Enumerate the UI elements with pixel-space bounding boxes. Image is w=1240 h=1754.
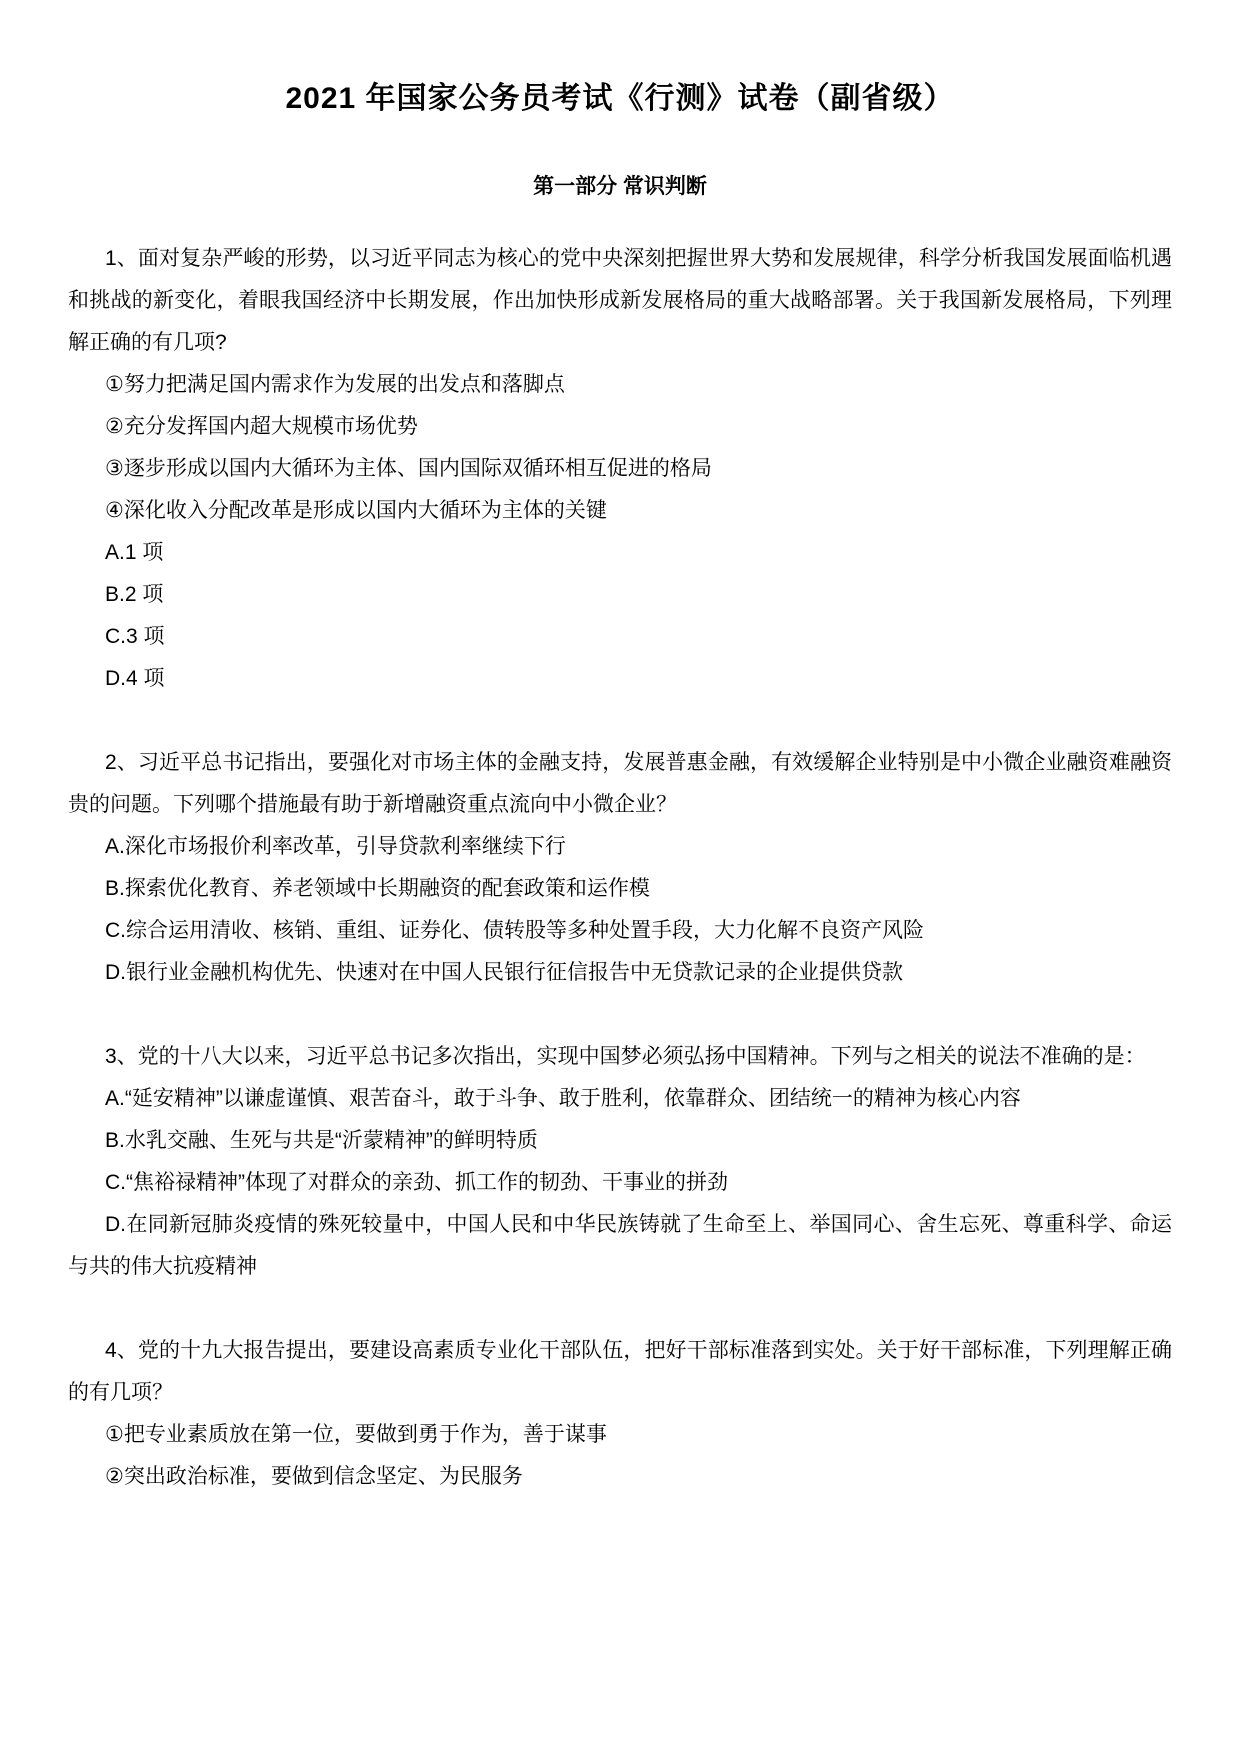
question-1: 1、面对复杂严峻的形势，以习近平同志为核心的党中央深刻把握世界大势和发展规律，科…	[68, 238, 1172, 700]
question-3-option-b: B.水乳交融、生死与共是“沂蒙精神”的鲜明特质	[68, 1120, 1172, 1162]
question-3: 3、党的十八大以来，习近平总书记多次指出，实现中国梦必须弘扬中国精神。下列与之相…	[68, 1036, 1172, 1288]
question-1-option-a: A.1 项	[68, 532, 1172, 574]
question-2-option-c: C.综合运用清收、核销、重组、证券化、债转股等多种处置手段，大力化解不良资产风险	[68, 910, 1172, 952]
exam-paper-page: 2021 年国家公务员考试《行测》试卷（副省级） 第一部分 常识判断 1、面对复…	[0, 0, 1240, 1754]
question-3-option-d: D.在同新冠肺炎疫情的殊死较量中，中国人民和中华民族铸就了生命至上、举国同心、舍…	[68, 1204, 1172, 1288]
question-2-option-b: B.探索优化教育、养老领域中长期融资的配套政策和运作模	[68, 868, 1172, 910]
question-1-item-4: ④深化收入分配改革是形成以国内大循环为主体的关键	[68, 490, 1172, 532]
page-title: 2021 年国家公务员考试《行测》试卷（副省级）	[68, 76, 1172, 122]
question-4-stem: 4、党的十九大报告提出，要建设高素质专业化干部队伍，把好干部标准落到实处。关于好…	[68, 1330, 1172, 1414]
question-2-option-d: D.银行业金融机构优先、快速对在中国人民银行征信报告中无贷款记录的企业提供贷款	[68, 952, 1172, 994]
question-2-option-a: A.深化市场报价利率改革，引导贷款利率继续下行	[68, 826, 1172, 868]
question-3-option-a: A.“延安精神”以谦虚谨慎、艰苦奋斗，敢于斗争、敢于胜利，依靠群众、团结统一的精…	[68, 1078, 1172, 1120]
question-3-option-c: C.“焦裕禄精神”体现了对群众的亲劲、抓工作的韧劲、干事业的拼劲	[68, 1162, 1172, 1204]
question-1-stem: 1、面对复杂严峻的形势，以习近平同志为核心的党中央深刻把握世界大势和发展规律，科…	[68, 238, 1172, 364]
question-1-item-2: ②充分发挥国内超大规模市场优势	[68, 406, 1172, 448]
question-1-item-1: ①努力把满足国内需求作为发展的出发点和落脚点	[68, 364, 1172, 406]
question-1-option-b: B.2 项	[68, 574, 1172, 616]
question-4: 4、党的十九大报告提出，要建设高素质专业化干部队伍，把好干部标准落到实处。关于好…	[68, 1330, 1172, 1498]
question-1-item-3: ③逐步形成以国内大循环为主体、国内国际双循环相互促进的格局	[68, 448, 1172, 490]
question-1-option-c: C.3 项	[68, 616, 1172, 658]
question-4-item-2: ②突出政治标准，要做到信念坚定、为民服务	[68, 1456, 1172, 1498]
section-heading: 第一部分 常识判断	[68, 174, 1172, 200]
question-4-item-1: ①把专业素质放在第一位，要做到勇于作为，善于谋事	[68, 1414, 1172, 1456]
question-3-stem: 3、党的十八大以来，习近平总书记多次指出，实现中国梦必须弘扬中国精神。下列与之相…	[68, 1036, 1172, 1078]
question-1-option-d: D.4 项	[68, 658, 1172, 700]
question-2-stem: 2、习近平总书记指出，要强化对市场主体的金融支持，发展普惠金融，有效缓解企业特别…	[68, 742, 1172, 826]
question-2: 2、习近平总书记指出，要强化对市场主体的金融支持，发展普惠金融，有效缓解企业特别…	[68, 742, 1172, 994]
